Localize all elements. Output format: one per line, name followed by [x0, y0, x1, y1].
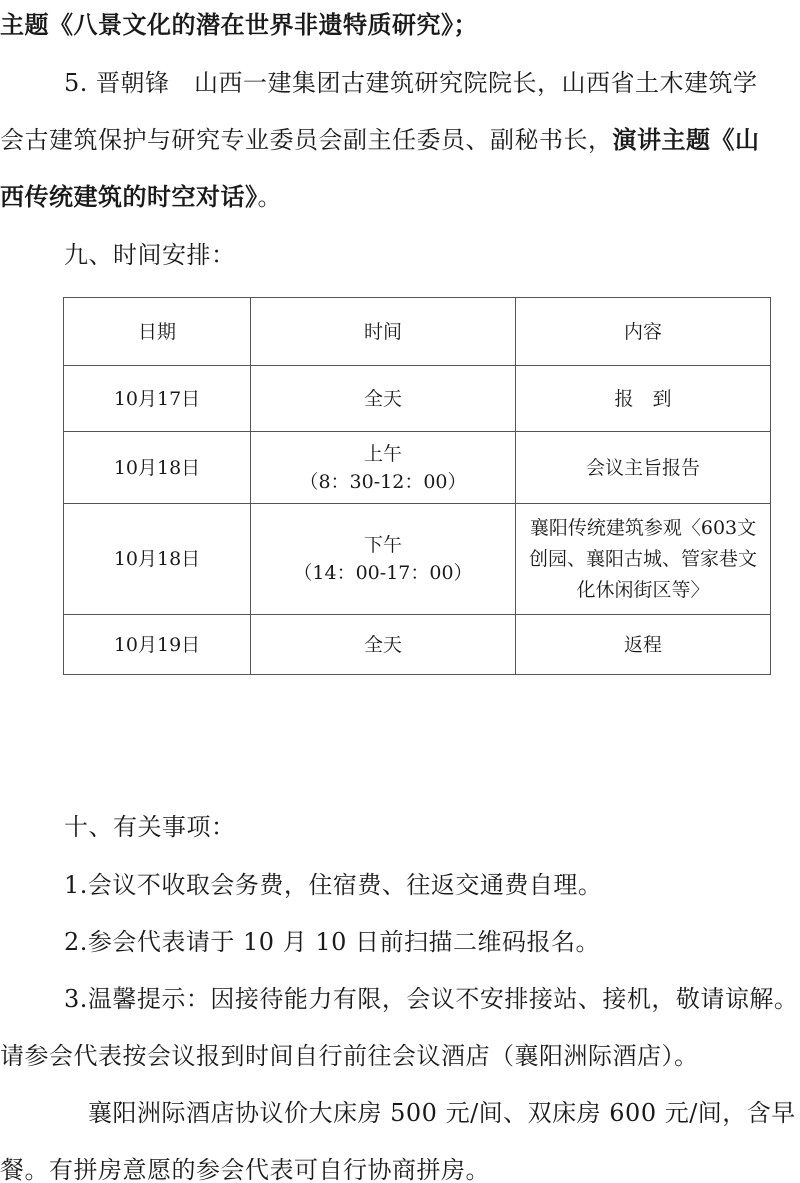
row-content: 返程 [516, 615, 771, 675]
row-time: 下午 （14：00-17：00） [251, 504, 516, 615]
speaker-5-line-3: 西传统建筑的时空对话》。 [0, 182, 282, 212]
speaker-5-topic-start: 演讲主题《山 [613, 126, 760, 154]
time-period: 下午 [255, 531, 511, 559]
row-date: 10月18日 [64, 432, 251, 504]
speaker-5-line-1: 5. 晋朝锋 山西一建集团古建筑研究院院长，山西省土木建筑学 [64, 68, 758, 98]
time-period: 上午 [255, 440, 511, 468]
section-10-heading: 十、有关事项： [64, 812, 236, 842]
item-1: 1.会议不收取会务费，住宿费、往返交通费自理。 [64, 870, 602, 900]
table-header-row: 日期 时间 内容 [64, 298, 771, 366]
table-row: 10月18日 上午 （8：30-12：00） 会议主旨报告 [64, 432, 771, 504]
item-3-line-2: 请参会代表按会议报到时间自行前往会议酒店（襄阳洲际酒店）。 [0, 1041, 699, 1071]
row-time: 上午 （8：30-12：00） [251, 432, 516, 504]
header-time: 时间 [251, 298, 516, 366]
speaker-5-topic-end: 西传统建筑的时空对话》 [0, 183, 258, 211]
row-content: 襄阳传统建筑参观〈603文创园、襄阳古城、管家巷文化休闲街区等〉 [516, 504, 771, 615]
hotel-line-1: 襄阳洲际酒店协议价大床房 500 元/间、双床房 600 元/间，含早 [88, 1098, 796, 1128]
table-row: 10月18日 下午 （14：00-17：00） 襄阳传统建筑参观〈603文创园、… [64, 504, 771, 615]
item-2: 2.参会代表请于 10 月 10 日前扫描二维码报名。 [64, 927, 600, 957]
time-range: （14：00-17：00） [255, 559, 511, 587]
section-9-heading: 九、时间安排： [64, 240, 236, 270]
speaker-5-line-2: 会古建筑保护与研究专业委员会副主任委员、副秘书长，演讲主题《山 [0, 125, 760, 155]
row-date: 10月19日 [64, 615, 251, 675]
hotel-line-2: 餐。有拼房意愿的参会代表可自行协商拼房。 [0, 1155, 490, 1183]
row-time: 全天 [251, 615, 516, 675]
table-row: 10月17日 全天 报 到 [64, 366, 771, 432]
row-time: 全天 [251, 366, 516, 432]
header-date: 日期 [64, 298, 251, 366]
row-content: 报 到 [516, 366, 771, 432]
time-range: （8：30-12：00） [255, 468, 511, 496]
period: 。 [258, 183, 283, 211]
schedule-table: 日期 时间 内容 10月17日 全天 报 到 10月18日 上午 （8：30-1… [63, 297, 771, 675]
table-row: 10月19日 全天 返程 [64, 615, 771, 675]
item-3-line-1: 3.温馨提示：因接待能力有限，会议不安排接站、接机，敬请谅解。 [64, 984, 798, 1014]
row-date: 10月17日 [64, 366, 251, 432]
header-content: 内容 [516, 298, 771, 366]
row-content: 会议主旨报告 [516, 432, 771, 504]
topic-line: 主题《八景文化的潜在世界非遗特质研究》； [0, 10, 478, 40]
speaker-5-affiliation: 会古建筑保护与研究专业委员会副主任委员、副秘书长， [0, 126, 613, 154]
row-date: 10月18日 [64, 504, 251, 615]
